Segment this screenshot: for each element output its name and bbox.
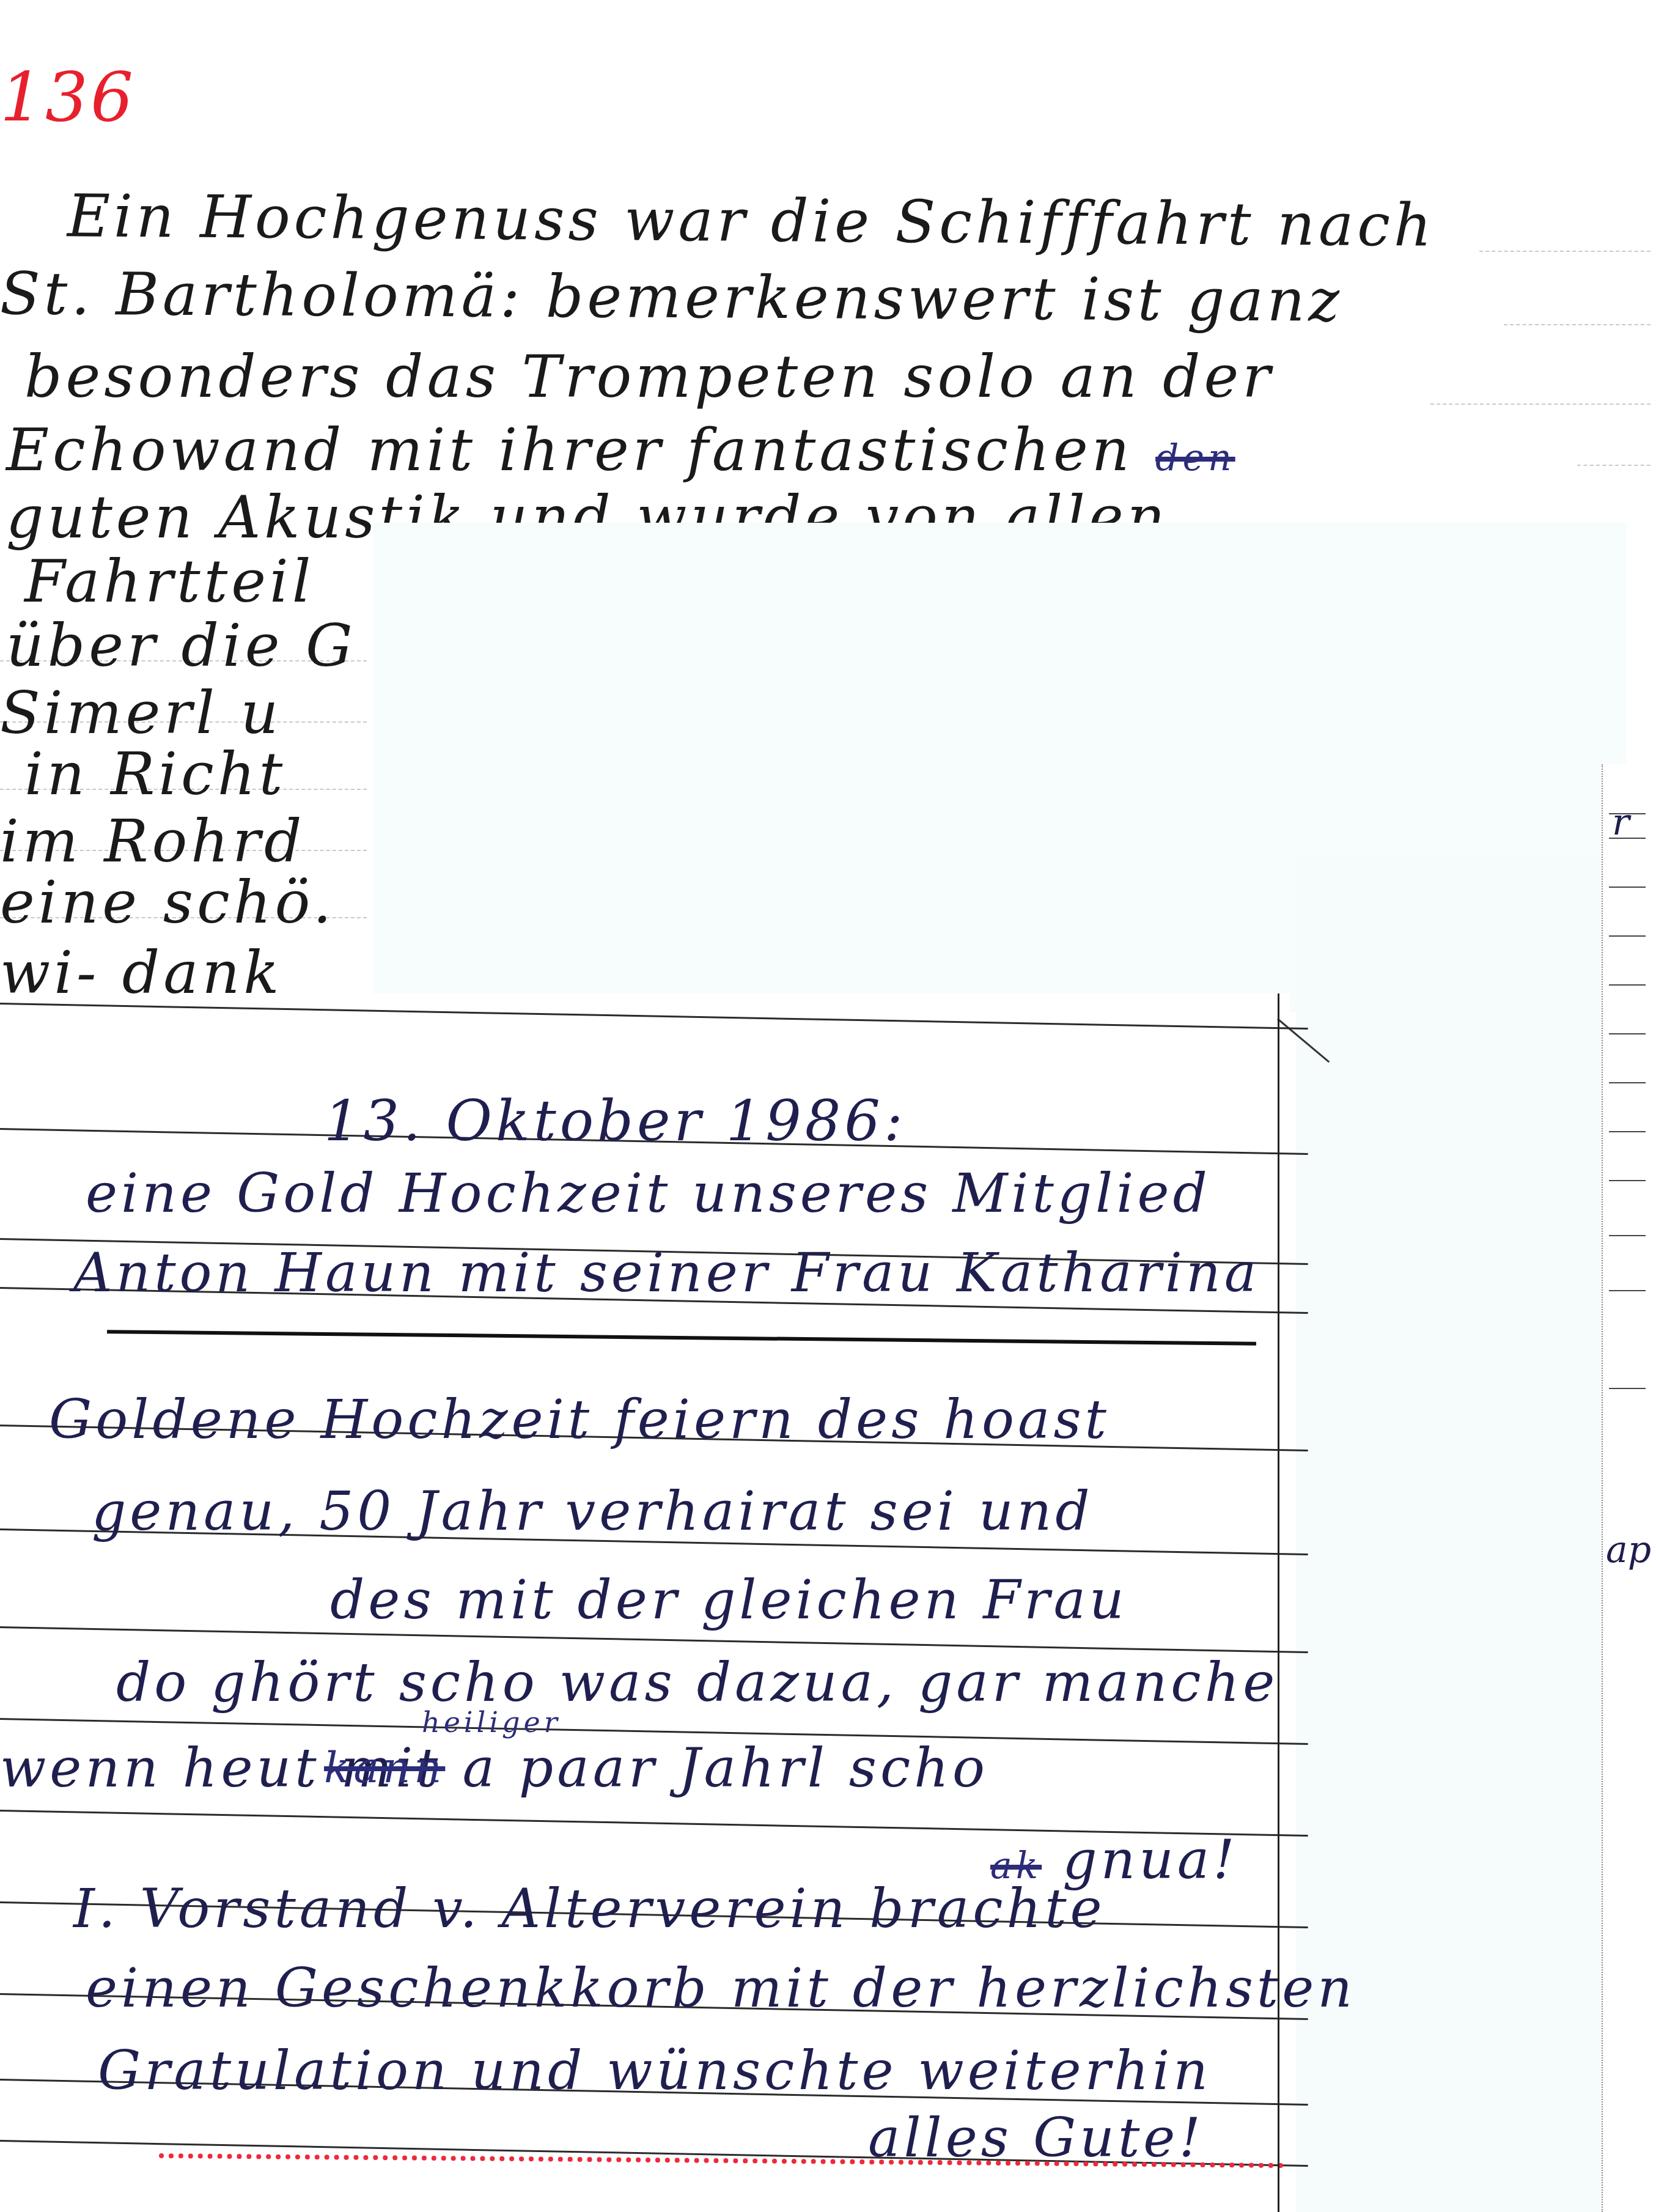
partial-line-6: eine schö. (0, 868, 335, 937)
struck-inline-word: kann (324, 1742, 445, 1793)
struck-word: den (1155, 437, 1235, 479)
background-line-4-text: Echowand mit ihrer fantastischen (6, 416, 1133, 484)
background-line-3: besonders das Trompeten solo an der (24, 342, 1274, 411)
note-right-edge (1278, 994, 1279, 2212)
edge-mark-1: r (1612, 801, 1630, 844)
note-date: 13. Oktober 1986: (324, 1088, 907, 1154)
partial-line-1: Fahrtteil (24, 547, 314, 616)
note-body-line-1: Goldene Hochzeit feiern des hoast (49, 1388, 1110, 1451)
note-title-line-1: eine Gold Hochzeit unseres Mitglied (86, 1162, 1211, 1225)
note-body-line-8: einen Geschenkkorb mit der herzlichsten (86, 1956, 1356, 2019)
page-number: 136 (0, 58, 136, 136)
partial-line-2: über die G (6, 611, 356, 680)
background-line-4: Echowand mit ihrer fantastischen den (6, 416, 1235, 484)
underlying-page-edge: r ap (1602, 764, 1656, 2212)
note-body-line-5-text: wenn heut mit a paar Jahrl scho (0, 1736, 988, 1799)
note-body-line-9: Gratulation und wünschte weiterhin (98, 2039, 1212, 2102)
inline-correction: heiliger (422, 1706, 561, 1739)
edge-mark-2: ap (1606, 1528, 1651, 1571)
note-title-line-2: Anton Haun mit seiner Frau Katharina (73, 1241, 1260, 1304)
note-body-line-2: genau, 50 Jahr verhairat sei und (92, 1480, 1094, 1543)
partial-line-3: Simerl u (0, 679, 282, 747)
background-line-2: St. Bartholomä: bemerkenswert ist ganz (0, 259, 1343, 335)
background-line-1: Ein Hochgenuss war die Schifffahrt nach (67, 182, 1436, 260)
note-body-line-5: wenn heut mit a paar Jahrl scho (0, 1736, 988, 1799)
note-body-line-3: des mit der gleichen Frau (330, 1568, 1128, 1631)
note-body-line-7: I. Vorstand v. Alterverein brachte (73, 1877, 1106, 1940)
partial-line-4: in Richt (24, 740, 286, 808)
note-body-line-4: do ghört scho was dazua, gar manche (116, 1651, 1278, 1714)
partial-line-5: im Rohrd (0, 807, 306, 876)
